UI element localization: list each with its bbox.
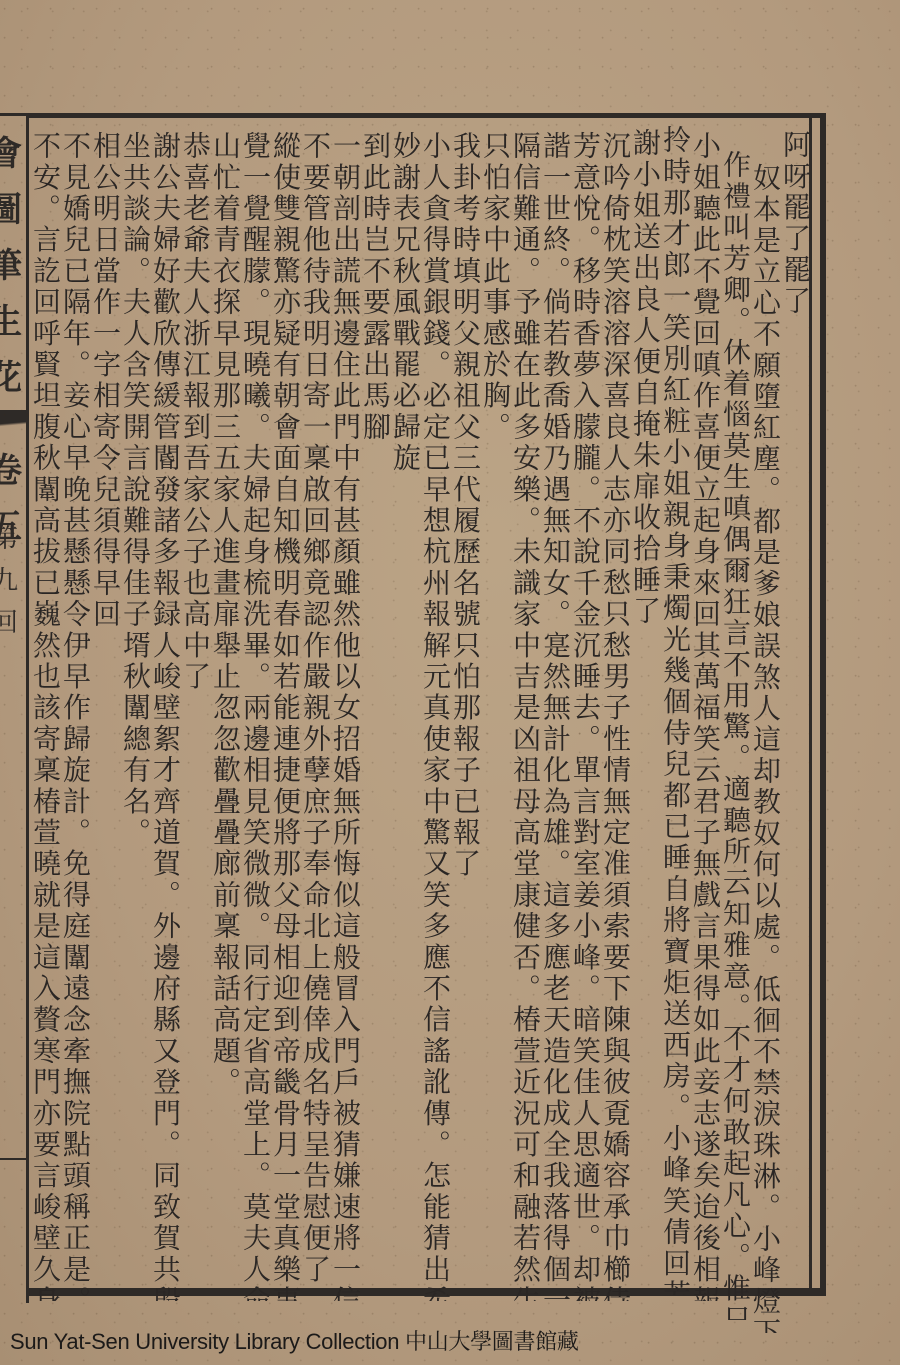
text-column: 謝小姐送出良人便自掩朱扉收拾睡了 <box>630 125 660 1298</box>
vertical-text-body: 阿呀罷了罷了 奴本是立心不願墮紅塵。都是爹娘誤煞人這却教奴何以處。低徊不禁淚珠淋… <box>30 125 810 1295</box>
spine-divider <box>0 1158 26 1160</box>
text-column: 不安。言訖回呼賢坦腹秋闈高拔已巍然也該寄稟椿萱曉就是這入贅寒門亦要言峻壁久身忙應… <box>30 125 60 1301</box>
text-column: 作禮叫芳卿。休着惱莫生嗔偶爾狂言不用驚。適聽所云知雅意。不才何敢起凡心。惟只願此… <box>720 125 750 1320</box>
text-column: 覺一覺醒朦。現曉曦。夫婦起身梳洗畢。兩邊相見笑微微。同行定省高堂上。莫夫人命坐雙… <box>240 125 270 1301</box>
text-column: 拎時那才郎一笑別紅粧小姐親身秉燭光幾個侍兒都已睡自將寶炬送西房。小峰笑倩回芳趾各… <box>660 125 690 1295</box>
text-column: 到此時岂不要露出馬腳 <box>360 125 390 1301</box>
text-column: 不見嬌兒已隔年。妾心早晚甚懸懸令伊早作歸旋計。免得庭闈遠念牽撫院點頭稱正是。極該… <box>60 125 90 1301</box>
title-char: 會 <box>0 126 22 182</box>
text-column: 恭喜老爺夫人浙江報到吾家公子也高中了 <box>180 125 210 1301</box>
library-watermark: Sun Yat-Sen University Library Collectio… <box>10 1325 579 1356</box>
chapter-char: 回 <box>0 602 18 644</box>
title-char: 生 <box>0 294 22 350</box>
text-column: 芳意悅。移時香夢入朦朧。不說千金沉睡去。單言對室姜小峰。暗笑佳人思適世。却被我戲… <box>570 125 600 1301</box>
chapter-char: 第 <box>0 518 18 560</box>
scanned-book-page: 會 圖 筆 生 花 卷 五 第 九 回 阿呀罷了罷了 奴本是立心不願墮紅塵。都是… <box>0 0 900 1365</box>
text-column: 阿呀罷了罷了 <box>780 125 810 1300</box>
text-column: 小人貪得賞銀錢。必定已早想杭州報解元真使家中驚又笑多應不信謠訛傳。怎能猜出希奇事… <box>420 125 450 1301</box>
text-column: 山忙着青衣探早見那三五家人進畫扉舉止忽忽歡疊疊廊前稟報話高題。 <box>210 125 240 1301</box>
text-column: 奴本是立心不願墮紅塵。都是爹娘誤煞人這却教奴何以處。低徊不禁淚珠淋。小峰燈下窺嬌… <box>750 125 780 1333</box>
text-column: 諧一世終。倘若教喬婚乃遇無知女。寔然無計化為雄。這多應老天造化成全我落得個一世喬… <box>540 125 570 1301</box>
text-column: 一朝剖出謊無邊住此門中有甚顏雖然他以女招婚無所悔似這般冒入門戶被猜嫌速將一信通鄉… <box>330 125 360 1301</box>
margin-chapter: 第 九 回 <box>0 518 26 644</box>
margin-spine: 會 圖 筆 生 花 卷 五 第 九 回 <box>0 113 29 1303</box>
fishtail-mark-icon <box>0 413 26 435</box>
title-char: 花 <box>0 350 22 406</box>
text-column: 小姐聽此不覺回嗔作喜便立起身來回其萬福笑云君子無戲言果得如此妾志遂矣迨後相報自有… <box>690 125 720 1301</box>
text-column: 不要管他待我明日寄一稟啟回鄉竟認作嚴親外孽庶子奉命北上僥倖成名特呈告慰便了 <box>300 125 330 1301</box>
text-column: 縱使雙親驚亦疑有朝會面自知機明春如若能連捷便將那父母相迎到帝畿骨月一堂真樂事。百… <box>270 125 300 1301</box>
text-column: 只怕家中此事感於胸。 <box>480 125 510 1301</box>
chapter-char: 九 <box>0 560 18 602</box>
text-column: 謝公夫婦好歡欣傳緩管閽發諸多報録人峻壁絮才齊道賀。外邊府縣又登門。同致賀共殷勤一… <box>150 125 180 1301</box>
frame-double-rule <box>809 118 826 1288</box>
text-column: 沉吟倚枕笑溶溶深喜良人志亦同愁只愁男子性情無定准須索要下陳與彼覔嬌容承巾櫛侍房櫳… <box>600 125 630 1301</box>
text-column: 我卦考時填明父親祖父三代履歷名號只怕那報子已報了 <box>450 125 480 1301</box>
margin-book-title: 會 圖 筆 生 花 <box>0 113 26 413</box>
text-column: 相公明日當作一字相寄令兒須得早回 <box>90 125 120 1301</box>
title-char: 圖 <box>0 182 22 238</box>
text-column: 坐共談論。夫人含笑開言說難得佳子壻秋闈總有名。 <box>120 125 150 1301</box>
volume-char: 卷 <box>0 443 22 499</box>
title-char: 筆 <box>0 238 22 294</box>
text-column: 妙謝表兄秋風戰罷必歸旋 <box>390 125 420 1301</box>
text-column: 隔信難通。予雖在此多安樂。未識家中吉是凶祖母高堂康健否。椿萱近況可和融若然生我真… <box>510 125 540 1301</box>
